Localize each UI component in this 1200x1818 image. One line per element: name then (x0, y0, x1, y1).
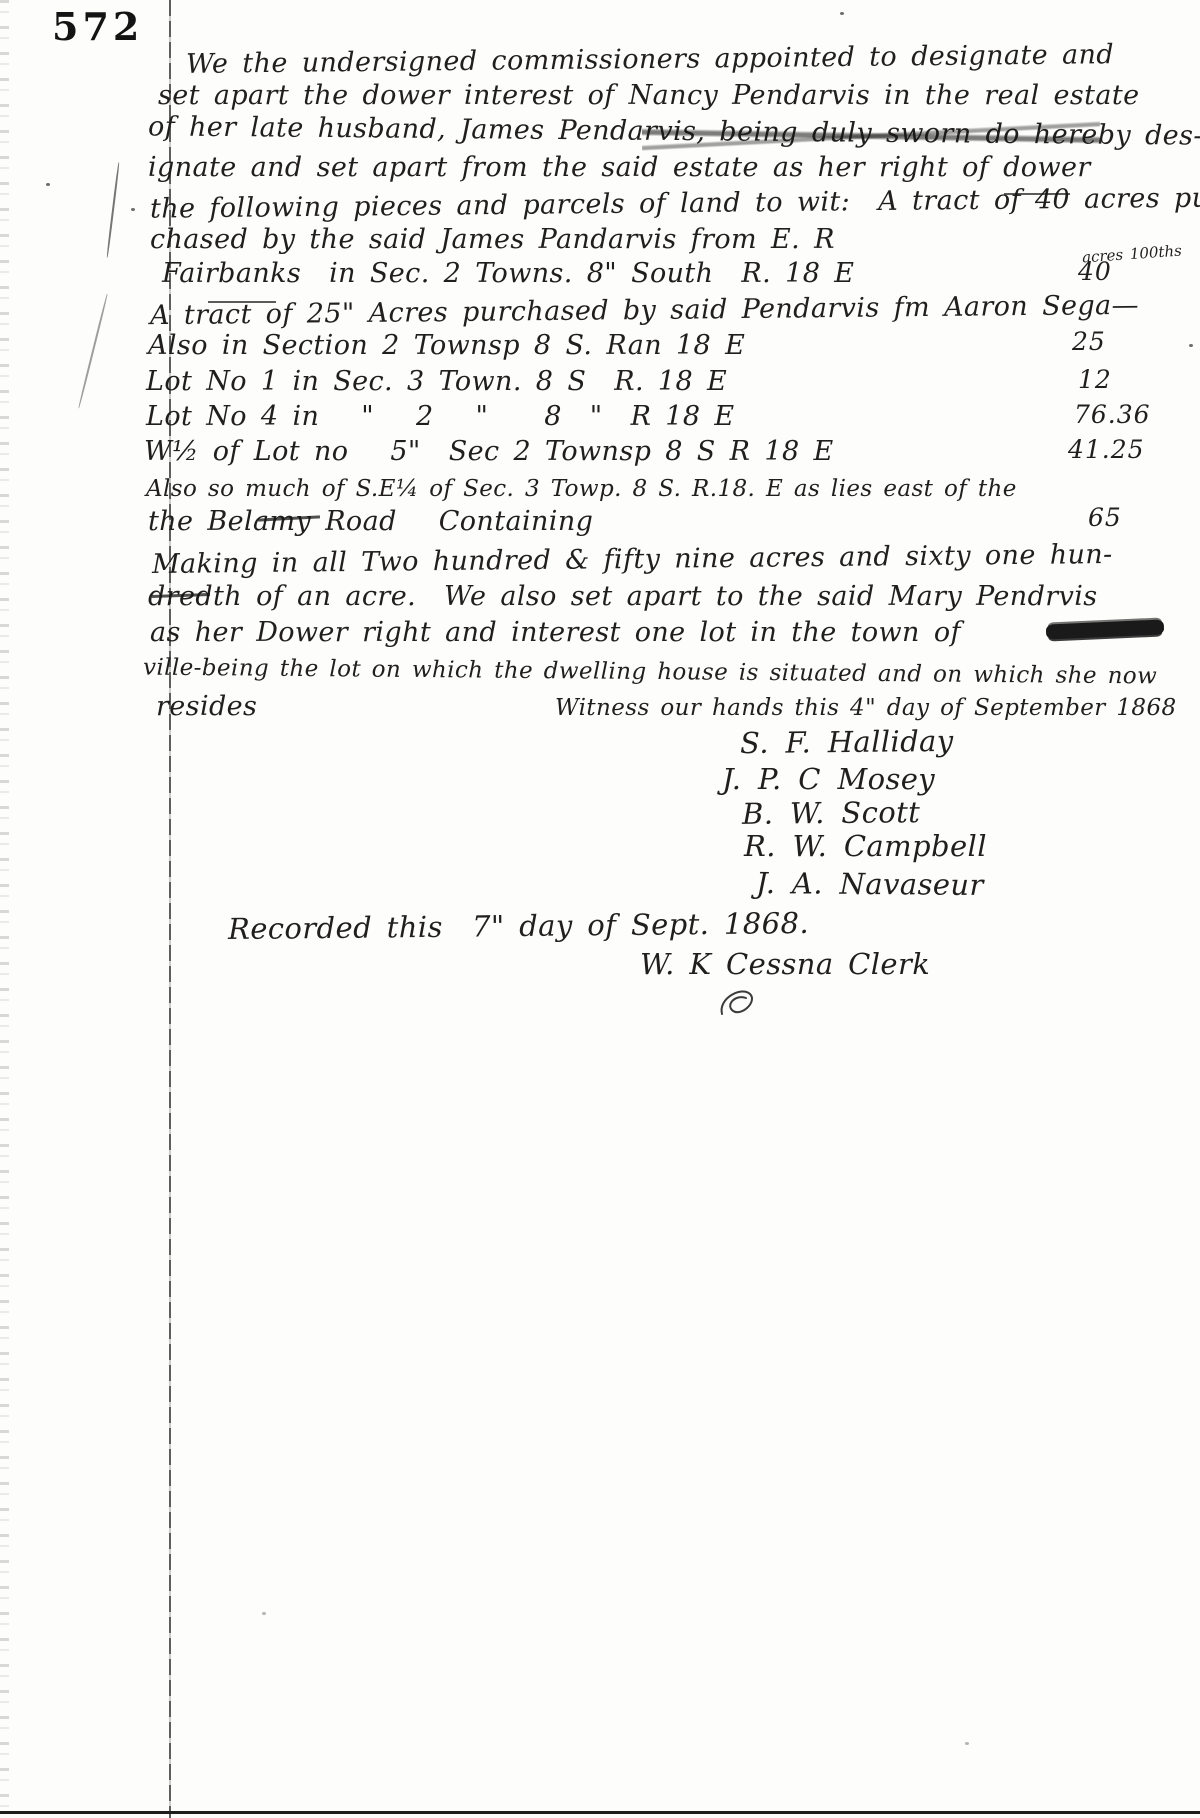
parcel-row-amount: 25 (1072, 326, 1106, 358)
ink-speck (840, 12, 844, 15)
struck-out-town-name (1046, 619, 1165, 639)
ink-speck (262, 1612, 266, 1615)
deed-text-line: chased by the said James Pandarvis from … (150, 224, 835, 256)
deed-text-line: We the undersigned commissioners appoint… (186, 39, 1114, 81)
scanned-deed-page: 572 We the undersigned commissioners app… (0, 0, 1200, 1818)
deed-text-line: as her Dower right and interest one lot … (150, 617, 961, 649)
witness-clause: Witness our hands this 4" day of Septemb… (555, 692, 1177, 724)
parcel-row-text: W½ of Lot no 5" Sec 2 Townsp 8 S R 18 E (144, 436, 834, 468)
page-number: 572 (52, 4, 143, 49)
ink-speck (131, 208, 135, 211)
parcel-row-amount: 12 (1078, 364, 1112, 396)
deed-text-line: the following pieces and parcels of land… (150, 182, 1200, 225)
parcel-row-text: Also in Section 2 Townsp 8 S. Ran 18 E (148, 330, 745, 362)
signature: B. W. Scott (742, 796, 921, 830)
parcel-row-amount: 40 (1078, 256, 1112, 288)
stray-pen-stroke (106, 162, 120, 258)
ink-speck (46, 183, 50, 186)
scan-edge-artifact (0, 0, 9, 1818)
deed-text-line: ville-being the lot on which the dwellin… (143, 652, 1157, 693)
signature: S. F. Halliday (740, 725, 954, 759)
parcel-row-text: Also so much of S.E¼ of Sec. 3 Towp. 8 S… (146, 473, 1017, 505)
signature: R. W. Campbell (744, 830, 987, 862)
parcel-row-amount: 41.25 (1068, 434, 1145, 466)
parcel-row-text: Lot No 4 in " 2 " 8 " R 18 E (146, 401, 735, 433)
clerk-signature: W. K Cessna Clerk (640, 948, 930, 980)
deed-text-line: resides (156, 691, 257, 723)
parcel-row-text: the Belamy Road Containing (148, 506, 593, 538)
signature: J. P. C Mosey (722, 763, 935, 795)
parcel-row-text: A tract of 25" Acres purchased by said P… (150, 290, 1139, 332)
deed-text-line: ignate and set apart from the said estat… (148, 152, 1091, 184)
pen-flourish (716, 984, 768, 1024)
overline-mark (1004, 193, 1070, 195)
deed-text-line: Making in all Two hundred & fifty nine a… (152, 539, 1113, 581)
deed-text-line: dredth of an acre. We also set apart to … (148, 581, 1098, 613)
parcel-row-text: Lot No 1 in Sec. 3 Town. 8 S R. 18 E (146, 366, 727, 398)
deed-text-line: set apart the dower interest of Nancy Pe… (158, 80, 1139, 112)
bottom-rule (0, 1811, 1200, 1814)
parcel-row-amount: 76.36 (1074, 399, 1151, 431)
signature: J. A. Navaseur (756, 867, 984, 901)
stray-pen-stroke (78, 294, 108, 409)
recorded-line: Recorded this 7" day of Sept. 1868. (228, 907, 809, 945)
overline-mark (208, 301, 276, 303)
parcel-row-amount: 65 (1088, 502, 1122, 534)
parcel-row-text: Fairbanks in Sec. 2 Towns. 8" South R. 1… (162, 258, 854, 290)
ink-speck (1189, 344, 1193, 347)
ink-speck (965, 1742, 969, 1745)
